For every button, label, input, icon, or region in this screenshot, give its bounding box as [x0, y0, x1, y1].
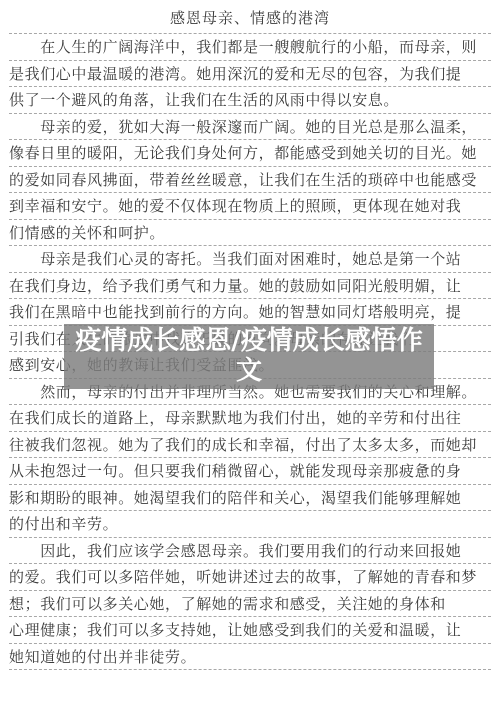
essay-line: 想；我们可以多关心她，了解她的需求和感受，关注她的身体和 — [9, 591, 491, 618]
essay-line: 她知道她的付出并非徒劳。 — [9, 644, 491, 671]
essay-line: 的付出和辛劳。 — [9, 511, 491, 538]
essay-line: 心理健康；我们可以多支持她，让她感受到我们的关爱和温暖，让 — [9, 617, 491, 644]
essay-line: 在我们成长的道路上，母亲默默地为我们付出，她的辛劳和付出往 — [9, 405, 491, 432]
essay-line: 影和期盼的眼神。她渴望我们的陪伴和关心，渴望我们能够理解她 — [9, 485, 491, 512]
essay-line: 我们在黑暗中也能找到前行的方向。她的智慧如同灯塔般明亮，提 — [9, 299, 491, 326]
essay-line: 的爱。我们可以多陪伴她，听她讲述过去的故事，了解她的青春和梦 — [9, 564, 491, 591]
essay-line: 们情感的关怀和呵护。 — [9, 220, 491, 247]
essay-line: 供了一个避风的角落，让我们在生活的风雨中得以安息。 — [9, 87, 491, 114]
essay-page: 感恩母亲、情感的港湾 在人生的广阔海洋中，我们都是一艘艘航行的小船，而母亲，则 … — [0, 0, 500, 706]
essay-line: 在我们身边，给予我们勇气和力量。她的鼓励如同阳光般明媚，让 — [9, 273, 491, 300]
essay-title: 感恩母亲、情感的港湾 — [9, 0, 491, 34]
essay-line: 往被我们忽视。她为了我们的成长和幸福，付出了太多太多，而她却 — [9, 432, 491, 459]
essay-line: 在人生的广阔海洋中，我们都是一艘艘航行的小船，而母亲，则 — [9, 34, 491, 61]
essay-line: 像春日里的暖阳，无论我们身处何方，都能感受到她关切的目光。她 — [9, 140, 491, 167]
essay-line: 到幸福和安宁。她的爱不仅体现在物质上的照顾，更体现在她对我 — [9, 193, 491, 220]
essay-line: 从未抱怨过一句。但只要我们稍微留心，就能发现母亲那疲惫的身 — [9, 458, 491, 485]
watermark-title-overlay: 疫情成长感恩/疫情成长感悟作文 — [64, 324, 434, 389]
essay-line: 因此，我们应该学会感恩母亲。我们要用我们的行动来回报她 — [9, 538, 491, 565]
essay-line: 的爱如同春风拂面，带着丝丝暖意，让我们在生活的琐碎中也能感受 — [9, 167, 491, 194]
essay-line: 母亲的爱，犹如大海一般深邃而广阔。她的目光总是那么温柔， — [9, 114, 491, 141]
essay-line: 母亲是我们心灵的寄托。当我们面对困难时，她总是第一个站 — [9, 246, 491, 273]
essay-line: 是我们心中最温暖的港湾。她用深沉的爱和无尽的包容，为我们提 — [9, 61, 491, 88]
